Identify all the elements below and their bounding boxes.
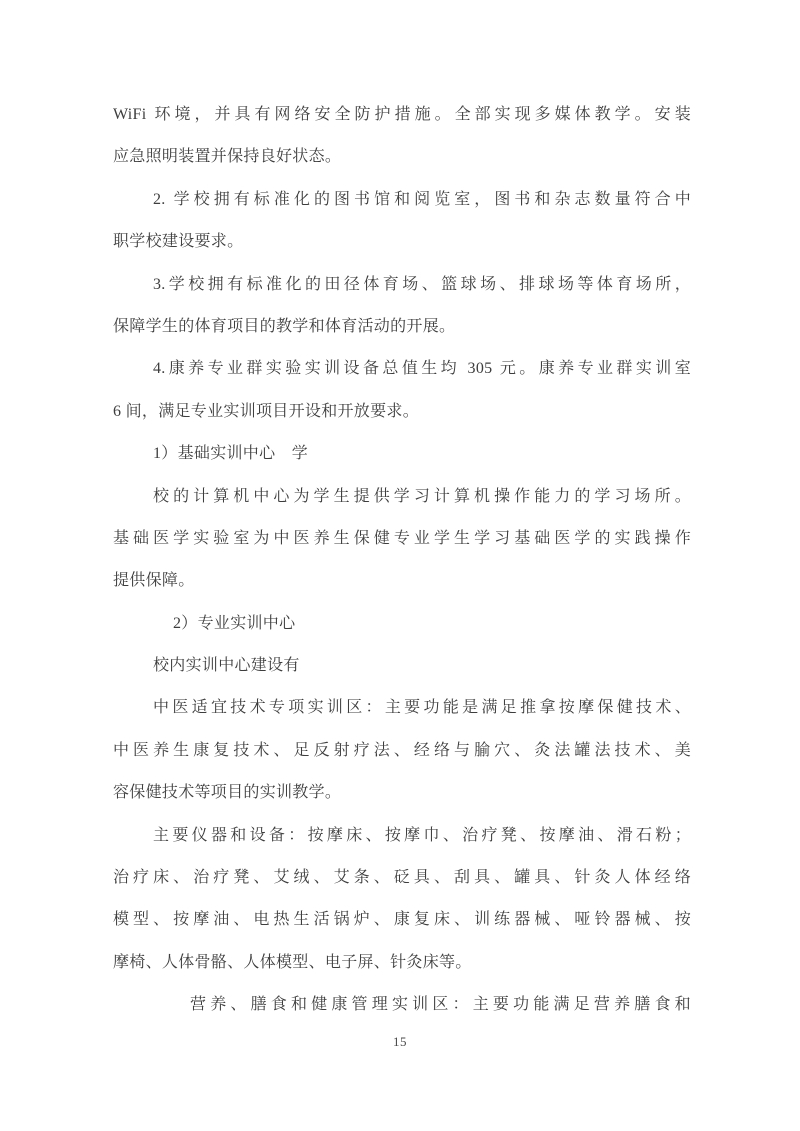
- text-line: 6 间，满足专业实训项目开设和开放要求。: [113, 391, 691, 433]
- text-line: 校的计算机中心为学生提供学习计算机操作能力的学习场所。: [113, 476, 691, 518]
- text-line: 中医适宜技术专项实训区：主要功能是满足推拿按摩保健技术、: [113, 687, 691, 729]
- text-line: 中医养生康复技术、足反射疗法、经络与腧穴、灸法罐法技术、美: [113, 730, 691, 772]
- text-line: 容保健技术等项目的实训教学。: [113, 772, 691, 814]
- document-page: WiFi 环境，并具有网络安全防护措施。全部实现多媒体教学。安装应急照明装置并保…: [0, 0, 800, 1131]
- text-line: 基础医学实验室为中医养生保健专业学生学习基础医学的实践操作: [113, 518, 691, 560]
- text-line: 1）基础实训中心 学: [113, 433, 691, 475]
- text-line: 2）专业实训中心: [113, 603, 691, 645]
- text-line: 营养、膳食和健康管理实训区：主要功能满足营养膳食和: [113, 984, 691, 1026]
- text-line: WiFi 环境，并具有网络安全防护措施。全部实现多媒体教学。安装: [113, 94, 691, 136]
- text-line: 模型、按摩油、电热生活锅炉、康复床、训练器械、哑铃器械、按: [113, 899, 691, 941]
- page-body: WiFi 环境，并具有网络安全防护措施。全部实现多媒体教学。安装应急照明装置并保…: [113, 94, 691, 1027]
- text-line: 主要仪器和设备：按摩床、按摩巾、治疗凳、按摩油、滑石粉；: [113, 815, 691, 857]
- text-line: 摩椅、人体骨骼、人体模型、电子屏、针灸床等。: [113, 942, 691, 984]
- text-line: 2. 学校拥有标准化的图书馆和阅览室，图书和杂志数量符合中: [113, 179, 691, 221]
- text-line: 治疗床、治疗凳、艾绒、艾条、砭具、刮具、罐具、针灸人体经络: [113, 857, 691, 899]
- page-number: 15: [0, 1034, 800, 1050]
- text-line: 提供保障。: [113, 560, 691, 602]
- text-line: 保障学生的体育项目的教学和体育活动的开展。: [113, 306, 691, 348]
- text-line: 4.康养专业群实验实训设备总值生均 305 元。康养专业群实训室: [113, 348, 691, 390]
- text-line: 校内实训中心建设有: [113, 645, 691, 687]
- text-line: 职学校建设要求。: [113, 221, 691, 263]
- text-line: 应急照明装置并保持良好状态。: [113, 136, 691, 178]
- text-line: 3.学校拥有标准化的田径体育场、篮球场、排球场等体育场所，: [113, 264, 691, 306]
